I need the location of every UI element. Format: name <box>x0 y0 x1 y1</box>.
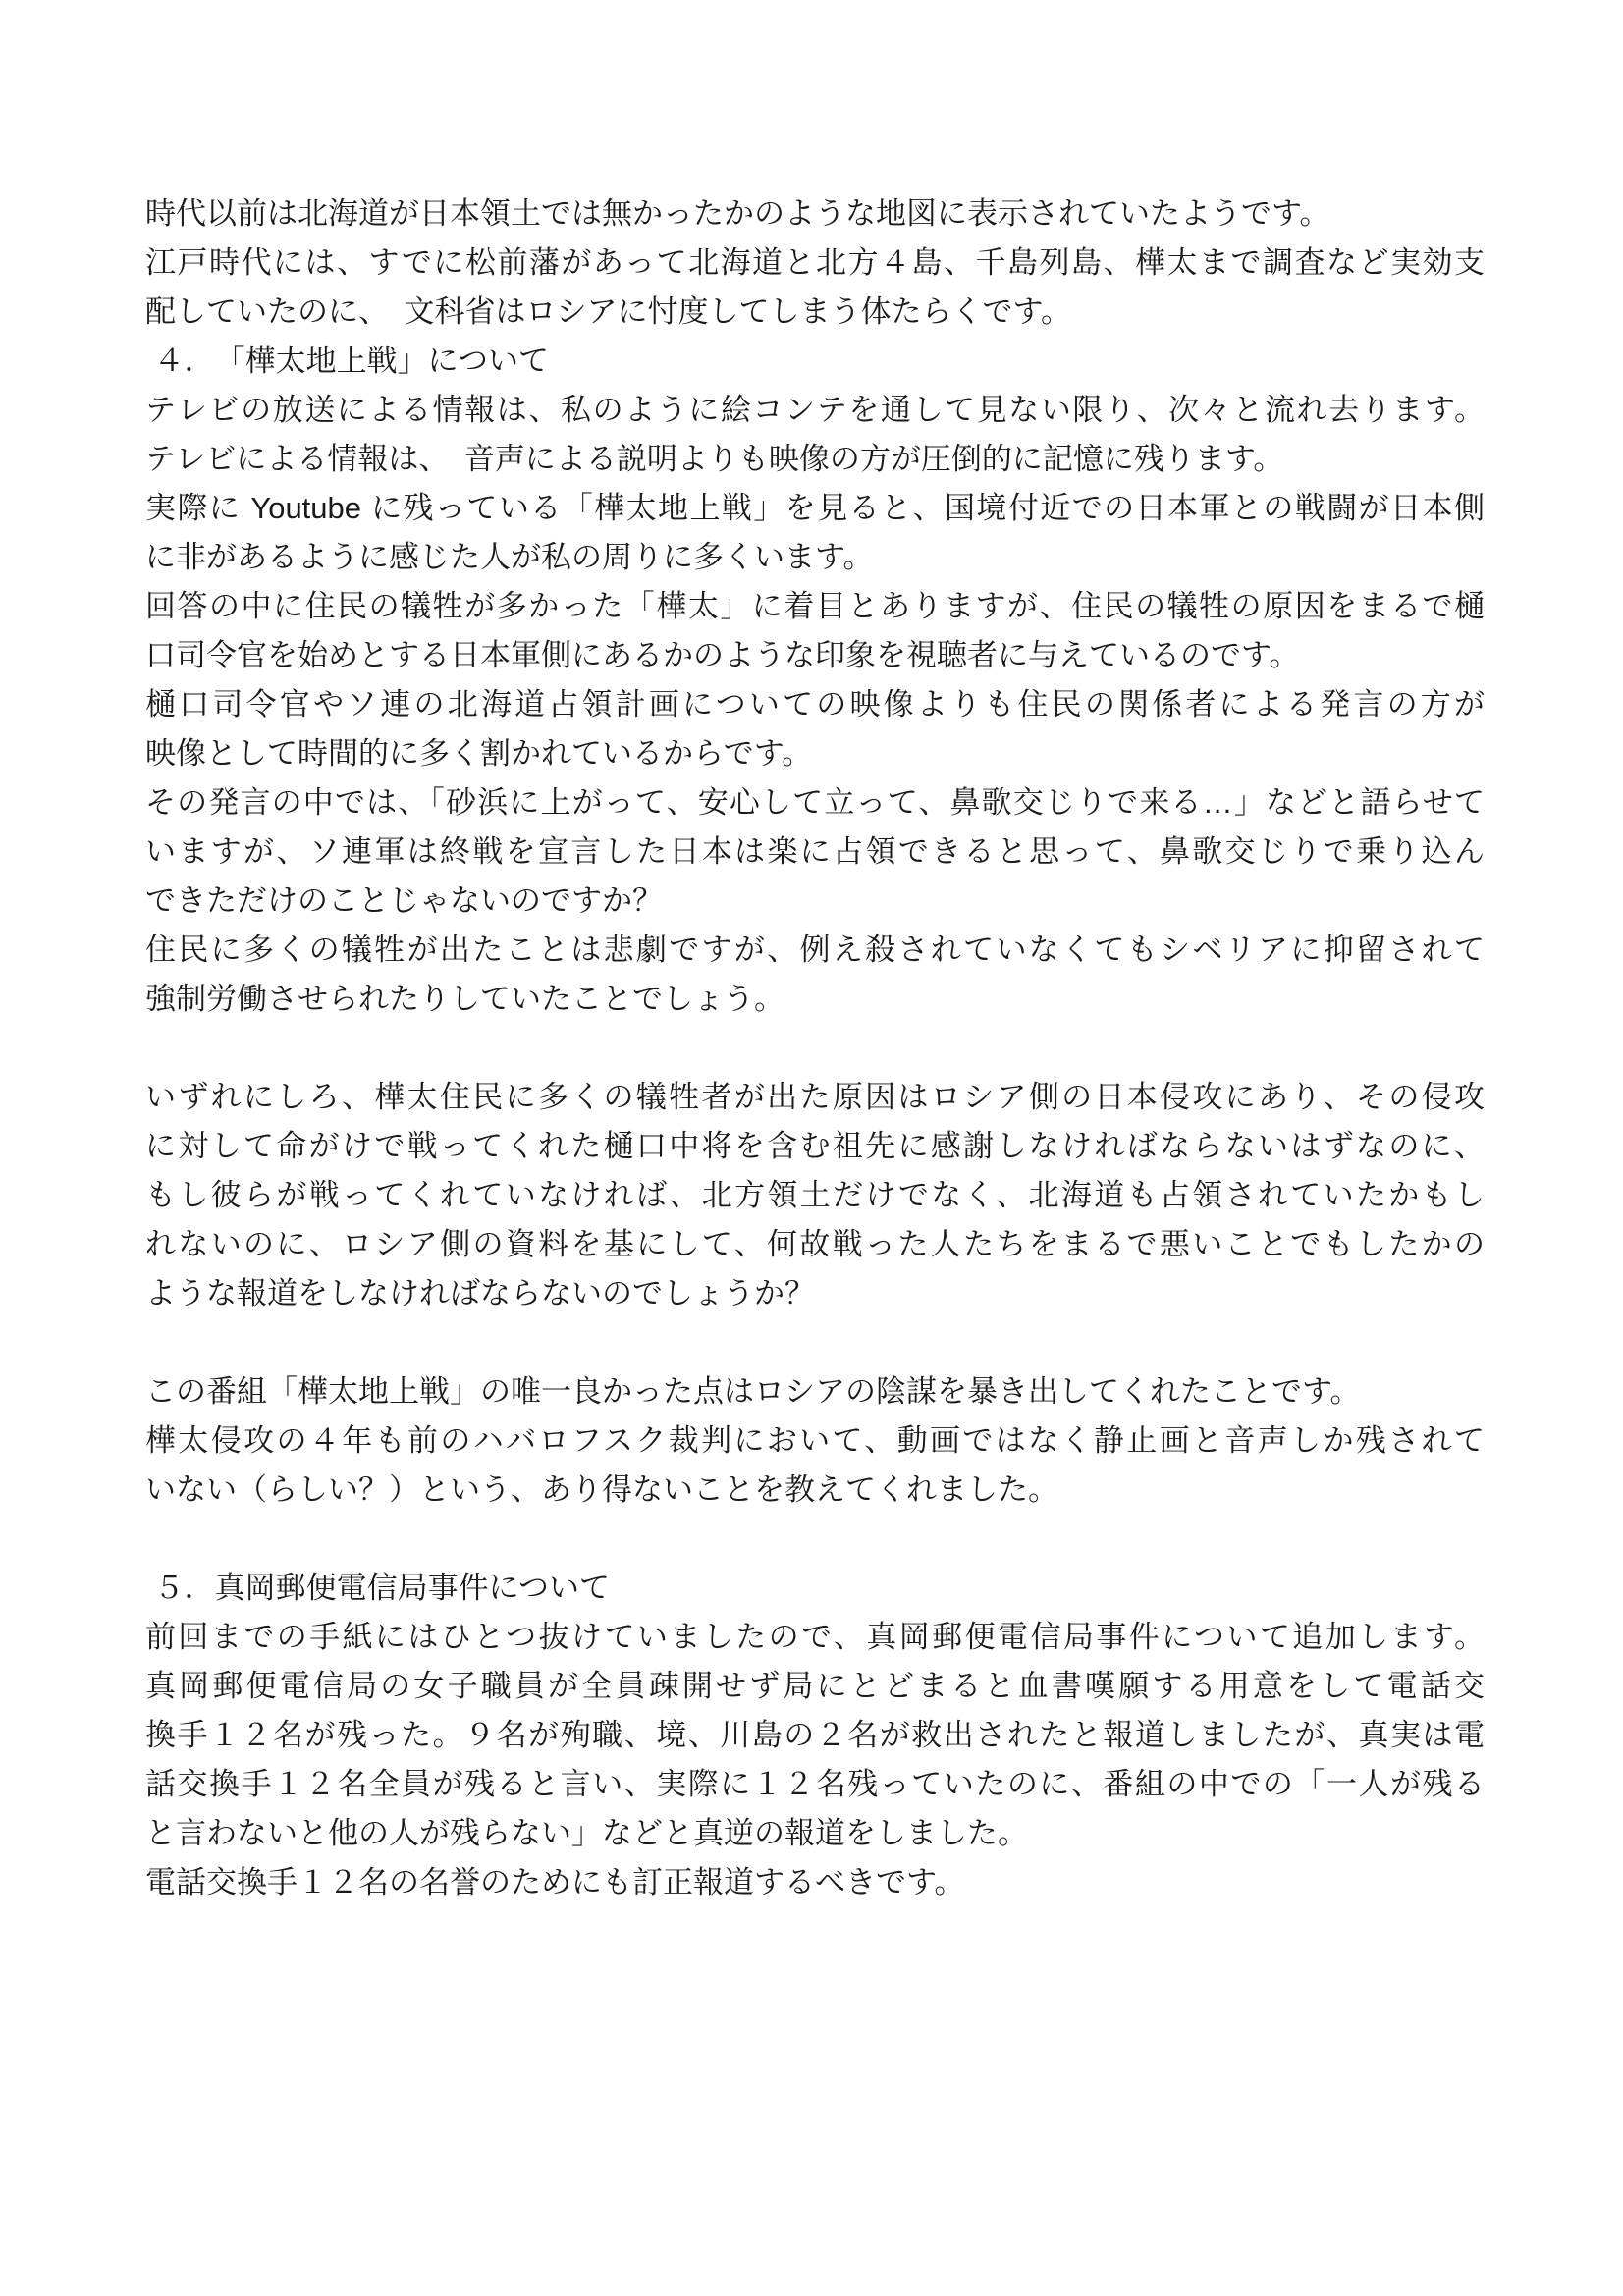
text-line: 口司令官を始めとする日本軍側にあるかのような印象を視聴者に与えているのです。 <box>145 631 1485 680</box>
text-line: 樋口司令官やソ連の北海道占領計画についての映像よりも住民の関係者による発言の方が <box>145 680 1485 729</box>
blank-line <box>145 1515 1485 1564</box>
text-line: ような報道をしなければならないのでしょうか？ <box>145 1269 1485 1318</box>
document-page: 時代以前は北海道が日本領土では無かったかのような地図に表示されていたようです。 … <box>0 0 1623 2296</box>
text-line: 配していたのに、 文科省はロシアに忖度してしまう体たらくです。 <box>145 288 1485 337</box>
text-line: 真岡郵便電信局の女子職員が全員疎開せず局にとどまると血書嘆願する用意をして電話交 <box>145 1662 1485 1711</box>
blank-line <box>145 1024 1485 1073</box>
text-line: に対して命がけで戦ってくれた樋口中将を含む祖先に感謝しなければならないはずなのに… <box>145 1122 1485 1171</box>
text-line: テレビの放送による情報は、私のように絵コンテを通して見ない限り、次々と流れ去りま… <box>145 386 1485 435</box>
text-line: その発言の中では、「砂浜に上がって、安心して立って、鼻歌交じりで来る…」などと語… <box>145 778 1485 828</box>
text-line: 強制労働させられたりしていたことでしょう。 <box>145 975 1485 1024</box>
text-line: できただけのことじゃないのですか？ <box>145 877 1485 926</box>
text-line: テレビによる情報は、 音声による説明よりも映像の方が圧倒的に記憶に残ります。 <box>145 435 1485 484</box>
section-heading: ４． 「樺太地上戦」について <box>145 337 1485 386</box>
text-line: 前回までの手紙にはひとつ抜けていましたので、真岡郵便電信局事件について追加します… <box>145 1613 1485 1662</box>
text-line: と言わないと他の人が残らない」などと真逆の報道をしました。 <box>145 1809 1485 1858</box>
text-line: いない（らしい？）という、あり得ないことを教えてくれました。 <box>145 1466 1485 1515</box>
text-line: 映像として時間的に多く割かれているからです。 <box>145 729 1485 778</box>
text-line: 話交換手１２名全員が残ると言い、実際に１２名残っていたのに、番組の中での「一人が… <box>145 1760 1485 1809</box>
text-line: この番組「樺太地上戦」の唯一良かった点はロシアの陰謀を暴き出してくれたことです。 <box>145 1367 1485 1416</box>
text-line: 電話交換手１２名の名誉のためにも訂正報道するべきです。 <box>145 1858 1485 1907</box>
blank-line <box>145 1318 1485 1367</box>
text-line: 時代以前は北海道が日本領土では無かったかのような地図に表示されていたようです。 <box>145 189 1485 239</box>
text-line: れないのに、ロシア側の資料を基にして、何故戦った人たちをまるで悪いことでもしたか… <box>145 1220 1485 1269</box>
text-line: いずれにしろ、樺太住民に多くの犠牲者が出た原因はロシア側の日本侵攻にあり、その侵… <box>145 1073 1485 1122</box>
text-line: に非があるように感じた人が私の周りに多くいます。 <box>145 533 1485 582</box>
text-line: いますが、ソ連軍は終戦を宣言した日本は楽に占領できると思って、鼻歌交じりで乗り込… <box>145 828 1485 877</box>
section-heading: ５．真岡郵便電信局事件について <box>145 1564 1485 1613</box>
text-line: 樺太侵攻の４年も前のハバロフスク裁判において、動画ではなく静止画と音声しか残され… <box>145 1416 1485 1466</box>
text-line: もし彼らが戦ってくれていなければ、北方領土だけでなく、北海道も占領されていたかも… <box>145 1171 1485 1220</box>
text-line: 江戸時代には、すでに松前藩があって北海道と北方４島、千島列島、樺太まで調査など実… <box>145 239 1485 288</box>
text-line: 住民に多くの犠牲が出たことは悲劇ですが、例え殺されていなくてもシベリアに抑留され… <box>145 926 1485 975</box>
text-line: 実際に Youtube に残っている「樺太地上戦」を見ると、国境付近での日本軍と… <box>145 484 1485 533</box>
text-line: 回答の中に住民の犠牲が多かった「樺太」に着目とありますが、住民の犠牲の原因をまる… <box>145 582 1485 631</box>
text-line: 換手１２名が残った。９名が殉職、境、川島の２名が救出されたと報道しましたが、真実… <box>145 1711 1485 1760</box>
